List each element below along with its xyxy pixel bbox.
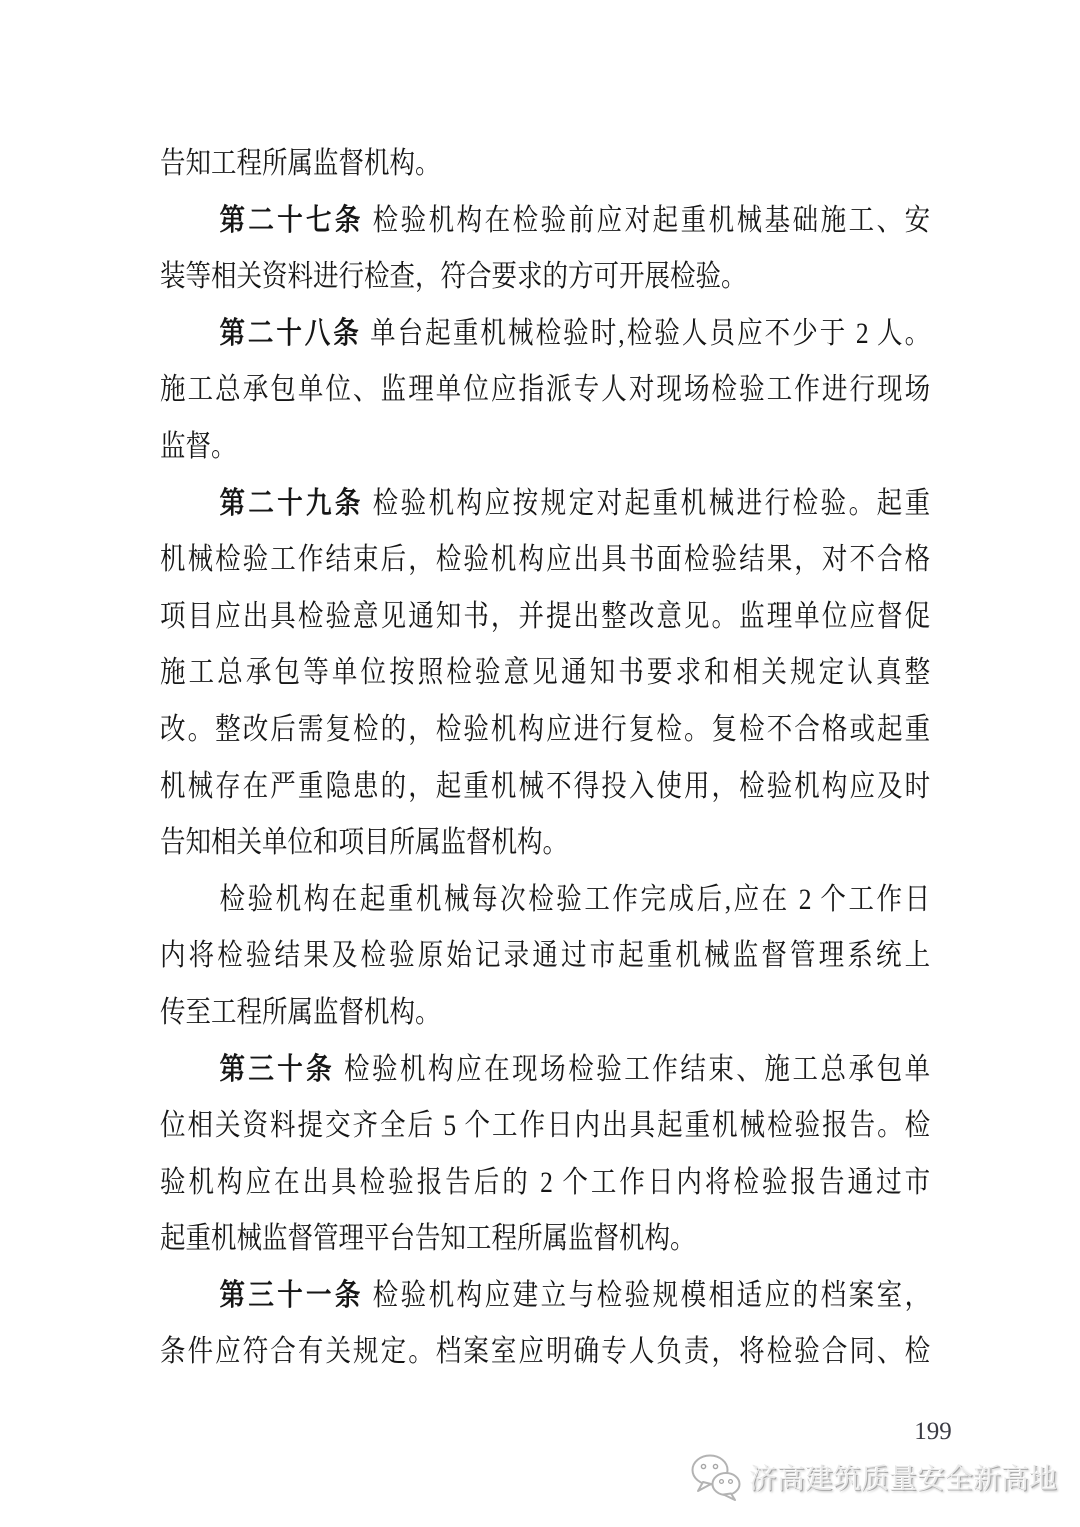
- text-line: 第三十条 检验机构应在现场检验工作结束、施工总承包单: [160, 1042, 930, 1099]
- text-line: 第二十九条 检验机构应按规定对起重机械进行检验。起重: [160, 476, 930, 533]
- line-text: 起重机械监督管理平台告知工程所属监督机构。: [160, 1222, 696, 1255]
- line-text: 监督。: [160, 430, 237, 463]
- line-text: 条件应符合有关规定。档案室应明确专人负责，将检验合同、检: [160, 1335, 930, 1368]
- article-number: 第三十一条: [220, 1279, 364, 1312]
- document-text: 告知工程所属监督机构。第二十七条 检验机构在检验前应对起重机械基础施工、安装等相…: [160, 136, 930, 1381]
- line-text: 内将检验结果及检验原始记录通过市起重机械监督管理系统上: [160, 939, 930, 972]
- text-line: 装等相关资料进行检查，符合要求的方可开展检验。: [160, 249, 930, 306]
- line-text: 单台起重机械检验时,检验人员应不少于 2 人。: [362, 317, 930, 350]
- text-line: 机械检验工作结束后，检验机构应出具书面检验结果，对不合格: [160, 532, 930, 589]
- line-text: 装等相关资料进行检查，符合要求的方可开展检验。: [160, 260, 747, 293]
- footer-watermark: 济高建筑质量安全新高地: [690, 1450, 1057, 1504]
- line-text: 检验机构在检验前应对起重机械基础施工、安: [364, 204, 930, 237]
- line-text: 传至工程所属监督机构。: [160, 996, 441, 1029]
- line-text: 项目应出具检验意见通知书，并提出整改意见。监理单位应督促: [160, 600, 930, 633]
- text-line: 条件应符合有关规定。档案室应明确专人负责，将检验合同、检: [160, 1324, 930, 1381]
- text-line: 施工总承包单位、监理单位应指派专人对现场检验工作进行现场: [160, 362, 930, 419]
- text-line: 第三十一条 检验机构应建立与检验规模相适应的档案室，: [160, 1268, 930, 1325]
- watermark-text: 济高建筑质量安全新高地: [749, 1457, 1057, 1497]
- article-number: 第二十八条: [220, 317, 362, 350]
- text-line: 验机构应在出具检验报告后的 2 个工作日内将检验报告通过市: [160, 1155, 930, 1212]
- line-text: 检验机构在起重机械每次检验工作完成后,应在 2 个工作日: [220, 883, 931, 916]
- document-page: 告知工程所属监督机构。第二十七条 检验机构在检验前应对起重机械基础施工、安装等相…: [0, 0, 1080, 1527]
- page-number: 199: [873, 1418, 993, 1446]
- text-line: 监督。: [160, 419, 930, 476]
- text-line: 起重机械监督管理平台告知工程所属监督机构。: [160, 1211, 930, 1268]
- text-line: 第二十八条 单台起重机械检验时,检验人员应不少于 2 人。: [160, 306, 930, 363]
- line-text: 机械检验工作结束后，检验机构应出具书面检验结果，对不合格: [160, 543, 930, 576]
- text-line: 告知相关单位和项目所属监督机构。: [160, 815, 930, 872]
- wechat-icon: [690, 1453, 742, 1501]
- line-text: 告知工程所属监督机构。: [160, 147, 441, 180]
- line-text: 位相关资料提交齐全后 5 个工作日内出具起重机械检验报告。检: [160, 1109, 930, 1142]
- article-number: 第三十条: [220, 1053, 336, 1086]
- text-line: 传至工程所属监督机构。: [160, 985, 930, 1042]
- line-text: 改。整改后需复检的，检验机构应进行复检。复检不合格或起重: [160, 713, 930, 746]
- line-text: 机械存在严重隐患的，起重机械不得投入使用，检验机构应及时: [160, 770, 930, 803]
- article-number: 第二十七条: [220, 204, 364, 237]
- line-text: 施工总承包单位、监理单位应指派专人对现场检验工作进行现场: [160, 373, 930, 406]
- text-line: 改。整改后需复检的，检验机构应进行复检。复检不合格或起重: [160, 702, 930, 759]
- text-line: 位相关资料提交齐全后 5 个工作日内出具起重机械检验报告。检: [160, 1098, 930, 1155]
- text-line: 告知工程所属监督机构。: [160, 136, 930, 193]
- text-line: 施工总承包等单位按照检验意见通知书要求和相关规定认真整: [160, 645, 930, 702]
- line-text: 检验机构应按规定对起重机械进行检验。起重: [364, 487, 930, 520]
- text-line: 机械存在严重隐患的，起重机械不得投入使用，检验机构应及时: [160, 759, 930, 816]
- text-line: 项目应出具检验意见通知书，并提出整改意见。监理单位应督促: [160, 589, 930, 646]
- line-text: 验机构应在出具检验报告后的 2 个工作日内将检验报告通过市: [160, 1166, 930, 1199]
- line-text: 检验机构应在现场检验工作结束、施工总承包单: [335, 1053, 930, 1086]
- text-line: 检验机构在起重机械每次检验工作完成后,应在 2 个工作日: [160, 872, 930, 929]
- line-text: 施工总承包等单位按照检验意见通知书要求和相关规定认真整: [160, 656, 930, 689]
- text-line: 第二十七条 检验机构在检验前应对起重机械基础施工、安: [160, 193, 930, 250]
- text-line: 内将检验结果及检验原始记录通过市起重机械监督管理系统上: [160, 928, 930, 985]
- article-number: 第二十九条: [220, 487, 364, 520]
- line-text: 告知相关单位和项目所属监督机构。: [160, 826, 568, 859]
- line-text: 检验机构应建立与检验规模相适应的档案室，: [364, 1279, 930, 1312]
